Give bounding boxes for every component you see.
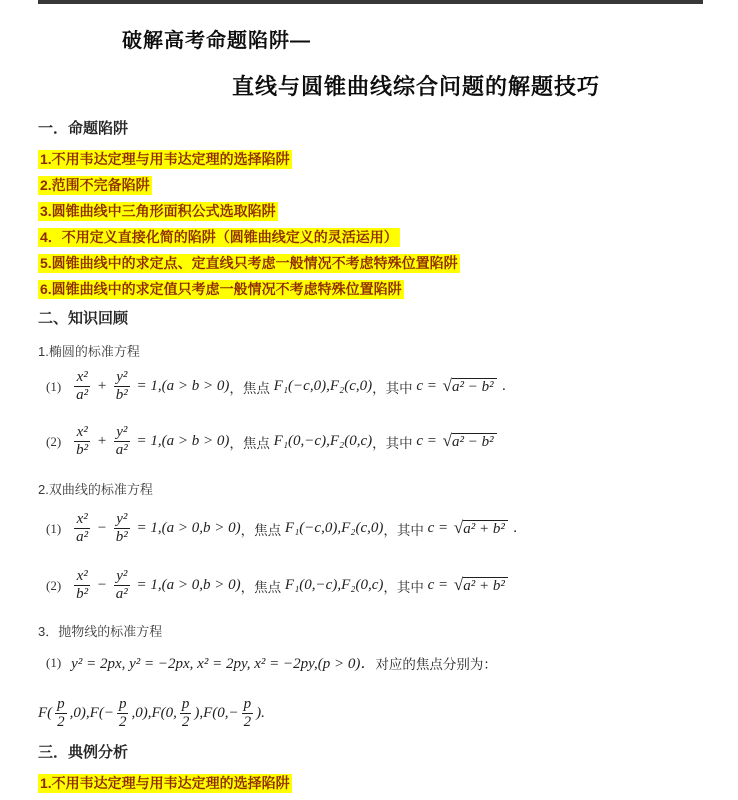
math-text: = 1,(a > b > 0) (133, 378, 230, 395)
math-text: + (93, 433, 111, 450)
highlighted-text: 3.圆锥曲线中三角形面积公式选取陷阱 (38, 202, 278, 221)
fraction: p2 (180, 697, 192, 730)
ellipse-formula-1: (1)x²a² + y²b² = 1,(a > b > 0)，焦点 F₁(−c,… (46, 370, 703, 403)
math-text: 对应的焦点分别为： (375, 653, 497, 673)
math-text: (1) (46, 521, 61, 537)
math-text: = 1,(a > 0,b > 0) (133, 577, 241, 594)
fraction: x²b² (74, 425, 90, 458)
parabola-foci-line: F(p2,0),F(−p2,0),F(0,p2),F(0,−p2). (38, 697, 703, 730)
trap-item-6: 6.圆锥曲线中的求定值只考虑一般情况不考虑特殊位置陷阱 (38, 280, 703, 299)
fraction: y²a² (114, 569, 130, 602)
math-text: ),F(0,− (194, 705, 238, 722)
document-content: 破解高考命题陷阱— 直线与圆锥曲线综合问题的解题技巧 一．命题陷阱 1.不用韦达… (0, 29, 738, 793)
math-text: (1) (46, 379, 61, 395)
parabola-formula-1: (1)y² = 2px, y² = −2px, x² = 2py, x² = −… (46, 652, 703, 673)
fraction: x²b² (74, 569, 90, 602)
example-trap-item: 1.不用韦达定理与用韦达定理的选择陷阱 (38, 774, 703, 793)
trap-item-2: 2.范围不完备陷阱 (38, 176, 703, 195)
math-text: ，其中 (383, 576, 427, 596)
highlighted-text: 1.不用韦达定理与用韦达定理的选择陷阱 (38, 150, 292, 169)
math-text: ，焦点 (229, 432, 273, 452)
math-text: = 1,(a > 0,b > 0) (133, 520, 241, 537)
square-root: √a² − b² (443, 433, 497, 450)
math-text: ，其中 (383, 519, 427, 539)
highlighted-text: 6.圆锥曲线中的求定值只考虑一般情况不考虑特殊位置陷阱 (38, 280, 404, 299)
math-text: ，焦点 (241, 519, 285, 539)
math-text: F₁(0,−c),F₂(0,c) (274, 433, 372, 450)
math-text: − (93, 520, 111, 537)
hyperbola-formula-1: (1)x²a² − y²b² = 1,(a > 0,b > 0)，焦点 F₁(−… (46, 512, 703, 545)
section-2-heading: 二、知识回顾 (38, 310, 703, 328)
math-text: c = (416, 433, 440, 450)
math-text: ,0),F(− (70, 705, 114, 722)
math-text: − (93, 577, 111, 594)
math-text: = 1,(a > b > 0) (133, 433, 230, 450)
math-text: F₁(0,−c),F₂(0,c) (285, 577, 383, 594)
document-page: 破解高考命题陷阱— 直线与圆锥曲线综合问题的解题技巧 一．命题陷阱 1.不用韦达… (0, 0, 738, 800)
math-text: . (499, 378, 507, 395)
doc-title-line1: 破解高考命题陷阱— (122, 29, 703, 53)
math-text: c = (428, 520, 452, 537)
trap-item-3: 3.圆锥曲线中三角形面积公式选取陷阱 (38, 202, 703, 221)
highlighted-text: 1.不用韦达定理与用韦达定理的选择陷阱 (38, 774, 292, 793)
math-text: (2) (46, 578, 61, 594)
math-text: c = (428, 577, 452, 594)
math-text: c = (416, 378, 440, 395)
math-text: ，焦点 (241, 576, 285, 596)
highlighted-text: 2.范围不完备陷阱 (38, 176, 152, 195)
math-text: F₁(−c,0),F₂(c,0) (285, 520, 383, 537)
fraction: x²a² (74, 370, 90, 403)
math-text: ，其中 (372, 377, 416, 397)
ellipse-label: 1.椭圆的标准方程 (38, 344, 703, 360)
trap-item-4: 4．不用定义直接化简的陷阱（圆锥曲线定义的灵活运用） (38, 228, 703, 247)
math-text: ，焦点 (229, 377, 273, 397)
fraction: x²a² (74, 512, 90, 545)
math-text: (2) (46, 434, 61, 450)
math-text: . (510, 520, 518, 537)
doc-title-line2: 直线与圆锥曲线综合问题的解题技巧 (232, 74, 703, 100)
math-text: F₁(−c,0),F₂(c,0) (274, 378, 372, 395)
math-text: F( (38, 705, 52, 722)
trap-item-1: 1.不用韦达定理与用韦达定理的选择陷阱 (38, 150, 703, 169)
trap-item-5: 5.圆锥曲线中的求定点、定直线只考虑一般情况不考虑特殊位置陷阱 (38, 254, 703, 273)
math-text: + (93, 378, 111, 395)
square-root: √a² + b² (454, 577, 508, 594)
highlighted-text: 4．不用定义直接化简的陷阱（圆锥曲线定义的灵活运用） (38, 228, 400, 247)
math-text: (1) (46, 655, 61, 671)
parabola-label: 3．抛物线的标准方程 (38, 624, 703, 640)
math-text: ,0),F(0, (131, 705, 176, 722)
fraction: y²b² (114, 370, 130, 403)
hyperbola-label: 2.双曲线的标准方程 (38, 482, 703, 498)
square-root: √a² − b² (443, 378, 497, 395)
fraction: y²b² (114, 512, 130, 545)
math-text: ). (256, 705, 265, 722)
math-text: y² = 2px, y² = −2px, x² = 2py, x² = −2py… (71, 652, 375, 673)
fraction: p2 (242, 697, 254, 730)
fraction: y²a² (114, 425, 130, 458)
trap-list: 1.不用韦达定理与用韦达定理的选择陷阱 2.范围不完备陷阱 3.圆锥曲线中三角形… (38, 150, 703, 299)
fraction: p2 (117, 697, 129, 730)
highlighted-text: 5.圆锥曲线中的求定点、定直线只考虑一般情况不考虑特殊位置陷阱 (38, 254, 460, 273)
section-1-heading: 一．命题陷阱 (38, 120, 703, 138)
square-root: √a² + b² (454, 520, 508, 537)
top-rule (38, 0, 703, 4)
math-text: ，其中 (372, 432, 416, 452)
section-3-heading: 三．典例分析 (38, 744, 703, 762)
hyperbola-formula-2: (2)x²b² − y²a² = 1,(a > 0,b > 0)，焦点 F₁(0… (46, 569, 703, 602)
fraction: p2 (55, 697, 67, 730)
ellipse-formula-2: (2)x²b² + y²a² = 1,(a > b > 0)，焦点 F₁(0,−… (46, 425, 703, 458)
